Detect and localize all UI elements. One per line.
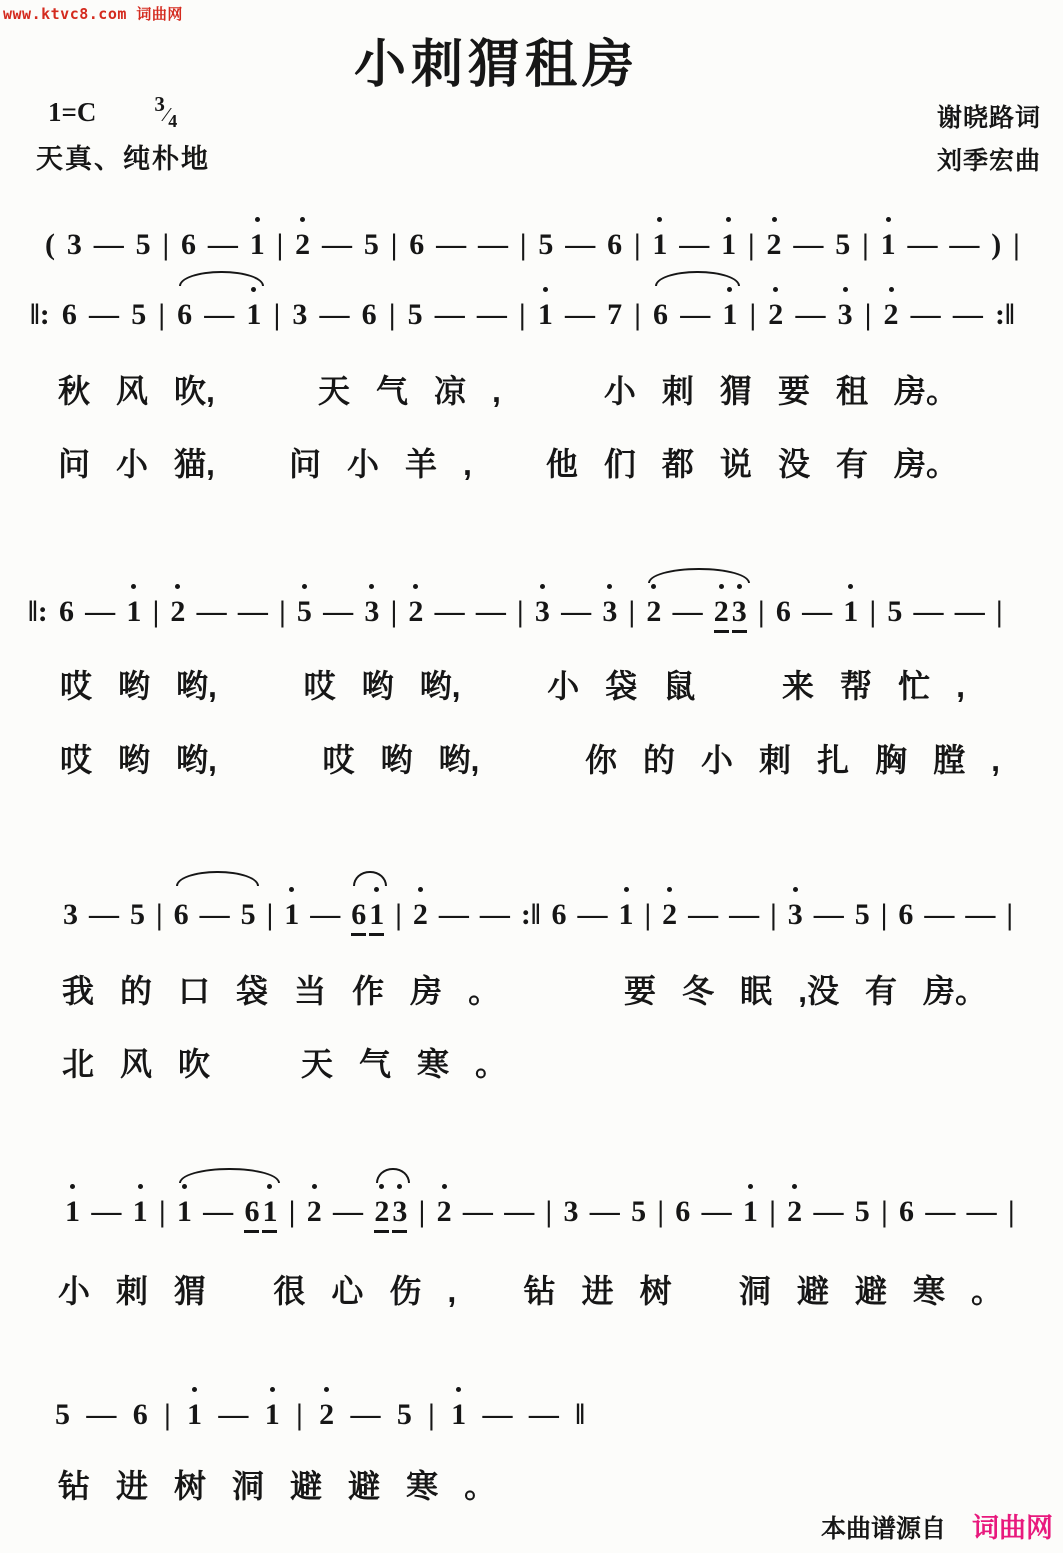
note: 6: [653, 300, 668, 330]
slur-arc: [353, 871, 386, 886]
note: 2: [767, 230, 782, 260]
lyric-phrase: 问小羊,: [289, 446, 472, 483]
note: 3: [602, 597, 617, 627]
duration-dash: —: [967, 1197, 997, 1227]
barline: |: [870, 597, 877, 627]
note: 2: [295, 230, 310, 260]
duration-dash: —: [478, 230, 508, 260]
lyric-phrase: 小刺猬: [58, 1273, 206, 1310]
octave-dot: [726, 217, 731, 222]
lyric-char: 忙: [898, 668, 930, 705]
note: 1: [619, 900, 634, 930]
lyric-char: 北: [62, 1046, 94, 1083]
lyric-char: 哟: [118, 668, 150, 705]
barline: |: [391, 597, 398, 627]
lyric-char: ,没: [798, 973, 839, 1010]
barline: |: [1006, 900, 1013, 930]
lyric-char: 很: [273, 1273, 305, 1310]
lyric-char: 刺: [662, 373, 694, 410]
barline: |: [164, 1400, 171, 1430]
duration-dash: —: [477, 300, 507, 330]
barline: |: [862, 230, 869, 260]
note: 2: [374, 1197, 389, 1233]
octave-dot: [138, 1184, 143, 1189]
octave-dot: [182, 1184, 187, 1189]
note: 6: [409, 230, 424, 260]
note: 2: [884, 300, 899, 330]
barline: |: [519, 300, 526, 330]
lyric-char: 哟,: [420, 668, 461, 705]
octave-dot: [70, 1184, 75, 1189]
repeat-start: ‖:: [30, 300, 50, 330]
duration-dash: —: [949, 230, 979, 260]
lyric-char: 。: [468, 973, 500, 1010]
note: 6: [899, 1197, 914, 1227]
barline: |: [996, 597, 1003, 627]
key-signature: 1=C: [48, 97, 96, 127]
duration-dash: —: [953, 300, 983, 330]
note: 5: [130, 900, 145, 930]
octave-dot: [192, 1387, 197, 1392]
lyric-char: 哎: [304, 668, 336, 705]
barline: |: [645, 900, 652, 930]
duration-dash: —: [565, 230, 595, 260]
note: 3: [535, 597, 550, 627]
note: 5: [397, 1400, 412, 1430]
octave-dot: [737, 584, 742, 589]
lyric-char: ,: [447, 1273, 456, 1310]
duration-dash: —: [673, 597, 703, 627]
lyric-char: ,: [956, 668, 965, 705]
barline: |: [770, 900, 777, 930]
note: 2: [662, 900, 677, 930]
duration-dash: —: [476, 597, 506, 627]
note: 6: [776, 597, 791, 627]
octave-dot: [374, 887, 379, 892]
slur-arc: [176, 871, 258, 886]
note: 6: [244, 1197, 259, 1233]
octave-dot: [624, 887, 629, 892]
barline: |: [657, 1197, 664, 1227]
score-line-refrain: ‖:6—1|2——|5—3|2——|3—3|2—23|6—1|5——|: [28, 567, 1003, 633]
barline: |: [881, 1197, 888, 1227]
lyric-char: 气: [359, 1046, 391, 1083]
duration-dash: —: [86, 1400, 116, 1430]
lyric-char: 问: [289, 446, 321, 483]
lyricist: 谢晓路词: [937, 97, 1041, 140]
lyric-char: 房。: [923, 973, 987, 1010]
lyric-char: 寒: [913, 1273, 945, 1310]
octave-dot: [397, 1184, 402, 1189]
duration-dash: —: [688, 900, 718, 930]
song-title: 小刺猬租房: [0, 22, 993, 97]
barline: |: [769, 1197, 776, 1227]
tempo-mood: 天真、纯朴地: [36, 137, 210, 176]
lyric-char: 房: [410, 973, 442, 1010]
lyric-char: 。: [971, 1273, 1003, 1310]
duration-dash: —: [529, 1400, 559, 1430]
barline: |: [546, 1197, 553, 1227]
lyric-phrase: 钻进树洞避避寒。: [58, 1468, 496, 1505]
octave-dot: [889, 287, 894, 292]
lyric-char: 你: [585, 742, 617, 779]
octave-dot: [540, 584, 545, 589]
lyric-char: 。: [475, 1046, 507, 1083]
lyric-char: 刺: [759, 742, 791, 779]
duration-dash: —: [911, 300, 941, 330]
sheet-music-page: www.ktvc8.com 词曲网 小刺猬租房 1=C3⁄4 天真、纯朴地 谢晓…: [0, 0, 1063, 1553]
barline: |: [267, 900, 274, 930]
barline: |: [881, 900, 888, 930]
barline: |: [1013, 230, 1020, 260]
note: 2: [413, 900, 428, 930]
note: 5: [241, 900, 256, 930]
repeat-start: ‖:: [28, 597, 48, 627]
score-line-final: 5—6|1—1|2—5|1——‖: [55, 1370, 585, 1430]
barline: |: [520, 230, 527, 260]
octave-dot: [793, 887, 798, 892]
beamed-group: 23: [374, 1197, 407, 1233]
octave-dot: [607, 584, 612, 589]
note: 5: [855, 1197, 870, 1227]
barline: |: [517, 597, 524, 627]
note: 3: [392, 1197, 407, 1233]
duration-dash: —: [439, 900, 469, 930]
composer: 刘季宏曲: [937, 140, 1041, 183]
footer-site-name: 词曲网: [972, 1506, 1053, 1545]
lyric-char: 袋: [605, 668, 637, 705]
barline: |: [748, 230, 755, 260]
octave-dot: [727, 287, 732, 292]
lyrics-line-2: 问小猫,问小羊,他们都说没有房。: [58, 446, 958, 483]
slur-arc: [179, 1168, 279, 1183]
octave-dot: [651, 584, 656, 589]
duration-dash: —: [561, 597, 591, 627]
octave-dot: [792, 1184, 797, 1189]
slur-arc: [179, 271, 263, 286]
duration-dash: —: [795, 300, 825, 330]
barline: |: [419, 1197, 426, 1227]
lyric-char: 膛: [933, 742, 965, 779]
lyric-char: 哎: [323, 742, 355, 779]
note: 6: [181, 230, 196, 260]
lyric-char: 有: [836, 446, 868, 483]
note: 6: [59, 597, 74, 627]
note: 5: [835, 230, 850, 260]
lyric-phrase: 天气寒。: [301, 1046, 507, 1083]
barline: |: [289, 1197, 296, 1227]
score-line-intro: (3—5|6—1|2—5|6——|5—6|1—1|2—5|1——)|: [45, 200, 1020, 260]
note: 1: [246, 300, 261, 330]
octave-dot: [369, 584, 374, 589]
note: 3: [67, 230, 82, 260]
lyric-char: ,: [492, 373, 501, 410]
note: 5: [538, 230, 553, 260]
lyric-char: 寒: [417, 1046, 449, 1083]
barline: |: [156, 900, 163, 930]
score-line-bridge: 3—5|6—5|1—61|2——:‖6—1|2——|3—5|6——|: [63, 870, 1013, 936]
lyrics-line-4: 哎哟哟,哎哟哟,你的小刺扎胸膛,: [60, 742, 1000, 779]
lyric-char: ,: [991, 742, 1000, 779]
duration-dash: —: [350, 1400, 380, 1430]
duration-dash: —: [914, 597, 944, 627]
duration-dash: —: [204, 300, 234, 330]
note: 6: [675, 1197, 690, 1227]
beamed-group: 23: [714, 597, 747, 633]
barline: |: [758, 597, 765, 627]
lyric-char: 刺: [116, 1273, 148, 1310]
note: 5: [55, 1400, 70, 1430]
duration-dash: —: [813, 1197, 843, 1227]
octave-dot: [302, 584, 307, 589]
duration-dash: —: [435, 597, 465, 627]
duration-dash: —: [565, 300, 595, 330]
note: 2: [768, 300, 783, 330]
lyric-char: 作: [352, 973, 384, 1010]
lyric-char: 的: [120, 973, 152, 1010]
note: 6: [362, 300, 377, 330]
note: 6: [133, 1400, 148, 1430]
octave-dot: [843, 287, 848, 292]
note: 5: [887, 597, 902, 627]
slur-arc: [655, 271, 739, 286]
note: 1: [538, 300, 553, 330]
duration-dash: —: [203, 1197, 233, 1227]
note: 1: [126, 597, 141, 627]
lyric-char: 钻: [58, 1468, 90, 1505]
duration-dash: —: [702, 1197, 732, 1227]
octave-dot: [413, 584, 418, 589]
lyric-char: 有: [865, 973, 897, 1010]
lyric-char: 洞: [232, 1468, 264, 1505]
duration-dash: —: [729, 900, 759, 930]
note: 2: [437, 1197, 452, 1227]
note: 5: [855, 900, 870, 930]
barline: |: [391, 230, 398, 260]
note: 3: [292, 300, 307, 330]
beamed-group: 61: [351, 900, 384, 936]
lyric-char: 哟,: [439, 742, 480, 779]
lyric-char: 避: [290, 1468, 322, 1505]
note: 3: [732, 597, 747, 633]
octave-dot: [251, 287, 256, 292]
duration-dash: —: [89, 300, 119, 330]
note: 1: [284, 900, 299, 930]
barline: |: [634, 300, 641, 330]
duration-dash: —: [504, 1197, 534, 1227]
note: 5: [131, 300, 146, 330]
lyric-phrase: 问小猫,: [58, 446, 215, 483]
note: 2: [714, 597, 729, 633]
duration-dash: —: [320, 300, 350, 330]
lyric-char: ,: [463, 446, 472, 483]
footer-source-label: 本曲谱源自: [821, 1509, 946, 1545]
note: 6: [62, 300, 77, 330]
lyric-char: 租: [836, 373, 868, 410]
lyric-phrase: 你的小刺扎胸膛,: [585, 742, 1000, 779]
octave-dot: [255, 217, 260, 222]
lyric-char: 袋: [236, 973, 268, 1010]
octave-dot: [300, 217, 305, 222]
octave-dot: [748, 1184, 753, 1189]
note: 5: [297, 597, 312, 627]
lyrics-line-6: 北风吹天气寒。: [62, 1046, 507, 1083]
lyric-char: 树: [174, 1468, 206, 1505]
footer: 本曲谱源自 词曲网: [821, 1506, 1053, 1545]
lyric-char: 避: [797, 1273, 829, 1310]
lyric-char: 眠: [740, 973, 772, 1010]
duration-dash: —: [322, 230, 352, 260]
note: 1: [187, 1400, 202, 1430]
lyric-char: 哎: [60, 668, 92, 705]
octave-dot: [773, 287, 778, 292]
lyric-phrase: 北风吹: [62, 1046, 210, 1083]
octave-dot: [267, 1184, 272, 1189]
lyric-char: 猬: [720, 373, 752, 410]
note: 6: [898, 900, 913, 930]
note: 3: [838, 300, 853, 330]
score-line-verse1: ‖:6—5|6—1|3—6|5——|1—7|6—1|2—3|2——:‖: [30, 270, 1015, 330]
lyric-char: 洞: [739, 1273, 771, 1310]
barline: |: [629, 597, 636, 627]
barline: |: [750, 300, 757, 330]
note: 5: [136, 230, 151, 260]
paren-close: ): [991, 230, 1001, 260]
duration-dash: —: [218, 1400, 248, 1430]
duration-dash: —: [333, 1197, 363, 1227]
lyric-char: 气: [376, 373, 408, 410]
lyric-char: 猫,: [174, 446, 215, 483]
barline: |: [865, 300, 872, 330]
duration-dash: —: [924, 900, 954, 930]
lyric-phrase: 钻进树: [524, 1273, 672, 1310]
lyric-char: 房。: [894, 446, 958, 483]
note: 5: [631, 1197, 646, 1227]
note: 2: [787, 1197, 802, 1227]
note: 1: [133, 1197, 148, 1227]
note: 1: [65, 1197, 80, 1227]
note: 2: [646, 597, 661, 627]
note: 5: [364, 230, 379, 260]
lyric-phrase: 很心伤,: [273, 1273, 456, 1310]
lyric-phrase: 要冬眠,没有房。: [624, 973, 987, 1010]
lyric-char: 胸: [875, 742, 907, 779]
lyric-char: 哟: [362, 668, 394, 705]
lyric-char: 哟: [381, 742, 413, 779]
note: 5: [408, 300, 423, 330]
note: 3: [788, 900, 803, 930]
octave-dot: [657, 217, 662, 222]
duration-dash: —: [955, 597, 985, 627]
note: 2: [307, 1197, 322, 1227]
lyrics-line-5: 我的口袋当作房。要冬眠,没有房。: [62, 973, 987, 1010]
note: 1: [843, 597, 858, 627]
barline: |: [1008, 1197, 1015, 1227]
lyric-char: 进: [116, 1468, 148, 1505]
octave-dot: [543, 287, 548, 292]
note: 6: [177, 300, 192, 330]
octave-dot: [175, 584, 180, 589]
note: 1: [265, 1400, 280, 1430]
lyric-char: 钻: [524, 1273, 556, 1310]
lyric-char: 小: [347, 446, 379, 483]
duration-dash: —: [435, 300, 465, 330]
note: 3: [63, 900, 78, 930]
lyric-char: 小: [547, 668, 579, 705]
barline: |: [395, 900, 402, 930]
lyric-char: 风: [116, 373, 148, 410]
octave-dot: [848, 584, 853, 589]
time-sig-numerator: 3: [154, 92, 165, 116]
note: 2: [408, 597, 423, 627]
final-barline: ‖: [575, 1400, 585, 1430]
duration-dash: —: [238, 597, 268, 627]
lyrics-line-1: 秋风吹,天气凉,小刺猬要租房。: [58, 373, 958, 410]
duration-dash: —: [323, 597, 353, 627]
duration-dash: —: [200, 900, 230, 930]
lyric-phrase: 天气凉,: [318, 373, 501, 410]
duration-dash: —: [463, 1197, 493, 1227]
lyric-char: 风: [120, 1046, 152, 1083]
barline: |: [163, 230, 170, 260]
lyric-phrase: 哎哟哟,: [60, 742, 217, 779]
lyric-phrase: 我的口袋当作房。: [62, 973, 500, 1010]
note: 1: [451, 1400, 466, 1430]
lyric-phrase: 哎哟哟,: [60, 668, 217, 705]
lyric-char: 问: [58, 446, 90, 483]
octave-dot: [312, 1184, 317, 1189]
lyric-phrase: 秋风吹,: [58, 373, 215, 410]
barline: |: [389, 300, 396, 330]
octave-dot: [456, 1387, 461, 1392]
note: 3: [563, 1197, 578, 1227]
lyric-char: 房。: [894, 373, 958, 410]
time-signature: 3⁄4: [154, 97, 177, 127]
lyric-char: 哟: [118, 742, 150, 779]
barline: |: [153, 597, 160, 627]
credits: 谢晓路词 刘季宏曲: [937, 97, 1041, 183]
duration-dash: —: [310, 900, 340, 930]
note: 1: [262, 1197, 277, 1233]
duration-dash: —: [814, 900, 844, 930]
duration-dash: —: [578, 900, 608, 930]
octave-dot: [131, 584, 136, 589]
lyric-char: 哟,: [176, 742, 217, 779]
lyric-char: 都: [662, 446, 694, 483]
repeat-end: :‖: [995, 300, 1015, 330]
duration-dash: —: [197, 597, 227, 627]
lyric-char: 小: [58, 1273, 90, 1310]
slur-arc: [648, 568, 749, 583]
lyric-char: 没: [778, 446, 810, 483]
note: 1: [369, 900, 384, 936]
lyric-char: 们: [604, 446, 636, 483]
barline: |: [277, 230, 284, 260]
lyrics-line-3: 哎哟哟,哎哟哟,小袋鼠来帮忙,: [60, 668, 965, 705]
barline: |: [274, 300, 281, 330]
lyric-phrase: 小袋鼠: [547, 668, 695, 705]
lyric-char: 小: [701, 742, 733, 779]
octave-dot: [418, 887, 423, 892]
slur-arc: [376, 1168, 409, 1183]
duration-dash: —: [94, 230, 124, 260]
duration-dash: —: [208, 230, 238, 260]
note: 7: [607, 300, 622, 330]
duration-dash: —: [89, 900, 119, 930]
lyric-char: 当: [294, 973, 326, 1010]
octave-dot: [719, 584, 724, 589]
lyric-char: 冬: [682, 973, 714, 1010]
